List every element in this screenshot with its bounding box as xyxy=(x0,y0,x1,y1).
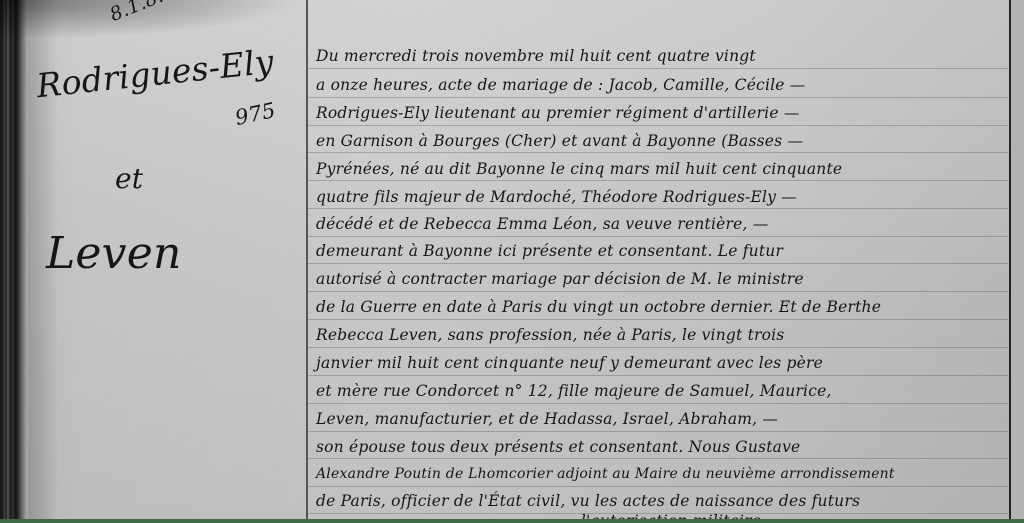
ruled-line xyxy=(308,208,1008,209)
body-line: de la Guerre en date à Paris du vingt un… xyxy=(316,298,881,316)
body-line-cut-off: … l'autorisation militaire xyxy=(560,512,761,519)
ruled-line xyxy=(308,486,1008,487)
body-line: a onze heures, acte de mariage de : Jaco… xyxy=(316,76,805,94)
ruled-line xyxy=(308,68,1008,69)
margin-conjunction: et xyxy=(115,162,143,195)
ruled-line xyxy=(308,319,1008,320)
ruled-line xyxy=(308,458,1008,459)
bottom-edge-strip xyxy=(0,519,1024,523)
body-line: quatre fils majeur de Mardoché, Théodore… xyxy=(316,188,797,206)
page-right-edge xyxy=(1011,0,1024,519)
ruled-line xyxy=(308,97,1008,98)
ruled-line xyxy=(308,403,1008,404)
body-line: décédé et de Rebecca Emma Léon, sa veuve… xyxy=(316,215,768,233)
body-line: et mère rue Condorcet n° 12, fille majeu… xyxy=(316,382,832,400)
body-line: Leven, manufacturier, et de Hadassa, Isr… xyxy=(316,410,778,428)
body-line: Pyrénées, né au dit Bayonne le cinq mars… xyxy=(316,160,842,178)
ruled-line xyxy=(308,291,1008,292)
body-line: de Paris, officier de l'État civil, vu l… xyxy=(316,492,860,510)
body-line: janvier mil huit cent cinquante neuf y d… xyxy=(316,354,823,372)
ruled-line xyxy=(308,180,1008,181)
ruled-line xyxy=(308,125,1008,126)
ruled-line xyxy=(308,263,1008,264)
ruled-line xyxy=(308,152,1008,153)
body-line: en Garnison à Bourges (Cher) et avant à … xyxy=(316,132,803,150)
ruled-line xyxy=(308,347,1008,348)
margin-rule-line xyxy=(306,0,308,519)
book-binding-edge xyxy=(0,0,28,519)
body-line: Rebecca Leven, sans profession, née à Pa… xyxy=(316,326,784,344)
ruled-line xyxy=(308,375,1008,376)
body-line: Rodrigues-Ely lieutenant au premier régi… xyxy=(316,104,800,122)
ruled-line xyxy=(308,236,1008,237)
body-line: demeurant à Bayonne ici présente et cons… xyxy=(316,242,783,260)
body-line: autorisé à contracter mariage par décisi… xyxy=(316,270,804,288)
body-line: Du mercredi trois novembre mil huit cent… xyxy=(316,47,756,65)
margin-bride-surname: Leven xyxy=(46,228,182,279)
body-line: son épouse tous deux présents et consent… xyxy=(316,438,800,456)
body-line: Alexandre Poutin de Lhomcorier adjoint a… xyxy=(316,466,895,482)
ruled-line xyxy=(308,431,1008,432)
